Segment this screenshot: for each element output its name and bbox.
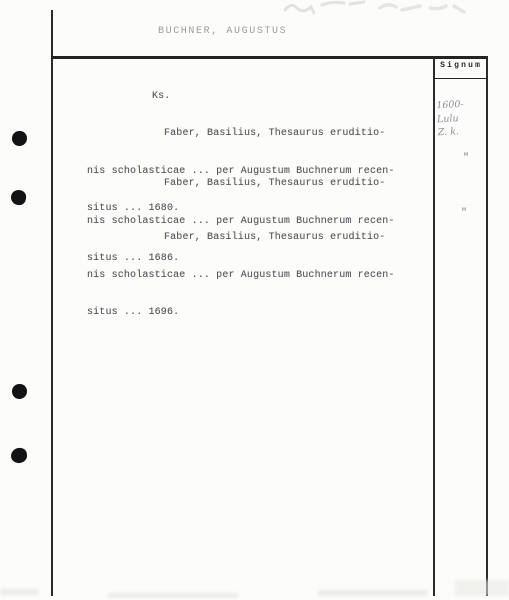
signum-header-underline (433, 78, 487, 79)
entry-line: nis scholasticae ... per Augustum Buchne… (87, 270, 417, 283)
card-heading: BUCHNER, AUGUSTUS (158, 26, 287, 39)
faint-pencil-marks (280, 0, 480, 22)
punch-hole-dot (10, 447, 28, 464)
entry-line: Faber, Basilius, Thesaurus eruditio- (87, 232, 417, 245)
punch-hole-dot (12, 131, 27, 146)
section-label-ks: Ks. (152, 91, 170, 104)
signum-ditto-mark: ″ (463, 153, 469, 164)
scan-smudge (455, 580, 509, 596)
signum-ditto-mark: ″ (461, 208, 467, 219)
entry-line: Faber, Basilius, Thesaurus eruditio- (87, 178, 417, 191)
catalog-entry: Faber, Basilius, Thesaurus eruditio- nis… (87, 207, 417, 345)
signum-column-divider-line (433, 56, 435, 596)
punch-hole-dot (10, 189, 27, 206)
signum-note-line: Z. k. (437, 124, 486, 140)
scan-smudge (0, 589, 38, 595)
right-border-line (486, 56, 488, 596)
signum-column-header: Signum (433, 61, 487, 70)
top-border-line (51, 56, 487, 59)
signum-handwritten-note: 1600- Lulu Z. k. (436, 97, 486, 140)
scan-smudge (318, 590, 428, 596)
scan-smudge (108, 593, 238, 598)
left-border-line (51, 10, 53, 596)
punch-hole-dot (12, 384, 27, 399)
entry-line: situs ... 1696. (87, 307, 417, 320)
catalog-card-scan: BUCHNER, AUGUSTUS Signum Ks. Faber, Basi… (0, 0, 509, 600)
entry-line: Faber, Basilius, Thesaurus eruditio- (87, 128, 417, 141)
